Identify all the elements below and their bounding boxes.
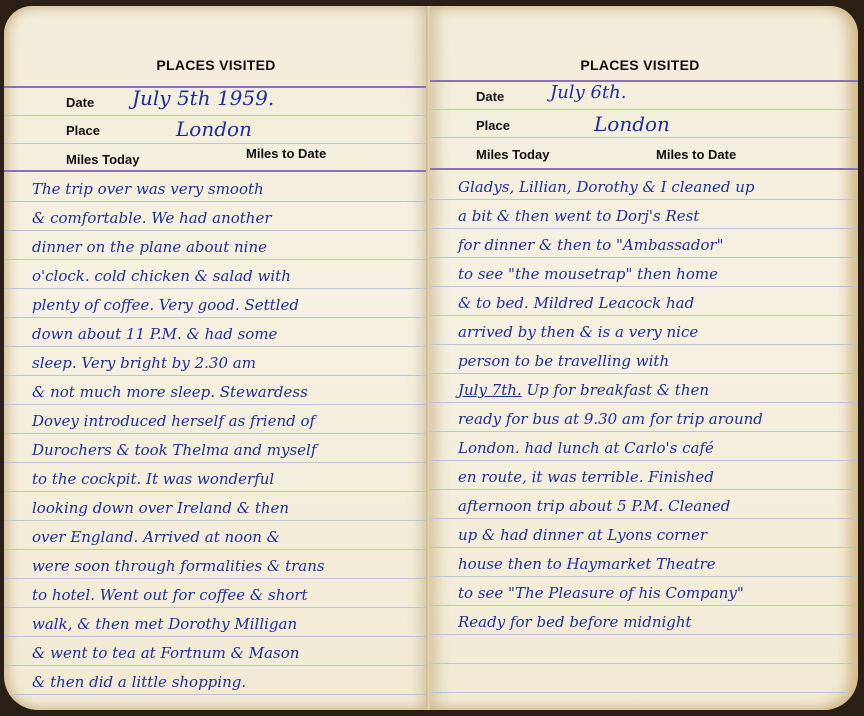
- entry-line: The trip over was very smooth: [4, 176, 428, 205]
- date-value: July 5th 1959.: [132, 86, 274, 110]
- place-value: London: [176, 117, 252, 141]
- entry-line-july-7: July 7th. Up for breakfast & then: [430, 377, 858, 406]
- place-value: London: [594, 112, 670, 136]
- entry-line: looking down over Ireland & then: [4, 495, 428, 524]
- entry-line: & then did a little shopping.: [4, 669, 428, 698]
- ruled-line: [4, 115, 428, 116]
- place-label: Place: [476, 118, 510, 133]
- journal-entry-july-6-7: Gladys, Lillian, Dorothy & I cleaned up …: [430, 174, 858, 638]
- entry-line: down about 11 P.M. & had some: [4, 321, 428, 350]
- entry-line: & not much more sleep. Stewardess: [4, 379, 428, 408]
- july-7-date-heading: July 7th.: [458, 381, 522, 399]
- entry-line: afternoon trip about 5 P.M. Cleaned: [430, 493, 858, 522]
- ruled-line: [430, 137, 858, 138]
- entry-line: to hotel. Went out for coffee & short: [4, 582, 428, 611]
- entry-line: to see "the mousetrap" then home: [430, 261, 858, 290]
- ruled-line: [430, 692, 858, 693]
- open-diary: PLACES VISITED Date July 5th 1959. Place…: [0, 0, 864, 716]
- entry-line: ready for bus at 9.30 am for trip around: [430, 406, 858, 435]
- entry-line: en route, it was terrible. Finished: [430, 464, 858, 493]
- miles-to-date-label: Miles to Date: [656, 147, 736, 162]
- header-rule: [430, 168, 858, 170]
- header-rule: [430, 80, 858, 82]
- miles-today-label: Miles Today: [66, 152, 139, 167]
- entry-line: were soon through formalities & trans: [4, 553, 428, 582]
- entry-line: arrived by then & is a very nice: [430, 319, 858, 348]
- right-page: PLACES VISITED Date July 6th. Place Lond…: [430, 6, 858, 710]
- entry-line: plenty of coffee. Very good. Settled: [4, 292, 428, 321]
- entry-line: Ready for bed before midnight: [430, 609, 858, 638]
- entry-line: over England. Arrived at noon &: [4, 524, 428, 553]
- date-value: July 6th.: [550, 82, 626, 103]
- ruled-line: [4, 143, 428, 144]
- miles-today-label: Miles Today: [476, 147, 549, 162]
- date-label: Date: [66, 95, 94, 110]
- entry-line: & to bed. Mildred Leacock had: [430, 290, 858, 319]
- entry-line: London. had lunch at Carlo's café: [430, 435, 858, 464]
- entry-line: walk, & then met Dorothy Milligan: [4, 611, 428, 640]
- page-title: PLACES VISITED: [4, 57, 428, 73]
- entry-line: to the cockpit. It was wonderful: [4, 466, 428, 495]
- ruled-line: [430, 663, 858, 664]
- entry-line: for dinner & then to "Ambassador": [430, 232, 858, 261]
- header-rule: [4, 170, 428, 172]
- entry-line: & comfortable. We had another: [4, 205, 428, 234]
- entry-line: Dovey introduced herself as friend of: [4, 408, 428, 437]
- entry-line: sleep. Very bright by 2.30 am: [4, 350, 428, 379]
- entry-text: Up for breakfast & then: [522, 381, 709, 399]
- entry-line: Durochers & took Thelma and myself: [4, 437, 428, 466]
- entry-line: house then to Haymarket Theatre: [430, 551, 858, 580]
- journal-entry-july-5: The trip over was very smooth & comforta…: [4, 176, 428, 698]
- ruled-line: [430, 109, 858, 110]
- entry-line: o'clock. cold chicken & salad with: [4, 263, 428, 292]
- miles-to-date-label: Miles to Date: [246, 146, 326, 161]
- entry-line: Gladys, Lillian, Dorothy & I cleaned up: [430, 174, 858, 203]
- left-page: PLACES VISITED Date July 5th 1959. Place…: [4, 6, 428, 710]
- entry-line: dinner on the plane about nine: [4, 234, 428, 263]
- date-label: Date: [476, 89, 504, 104]
- entry-line: to see "The Pleasure of his Company": [430, 580, 858, 609]
- entry-line: up & had dinner at Lyons corner: [430, 522, 858, 551]
- place-label: Place: [66, 123, 100, 138]
- entry-line: a bit & then went to Dorj's Rest: [430, 203, 858, 232]
- entry-line: person to be travelling with: [430, 348, 858, 377]
- page-title: PLACES VISITED: [430, 57, 858, 73]
- entry-line: & went to tea at Fortnum & Mason: [4, 640, 428, 669]
